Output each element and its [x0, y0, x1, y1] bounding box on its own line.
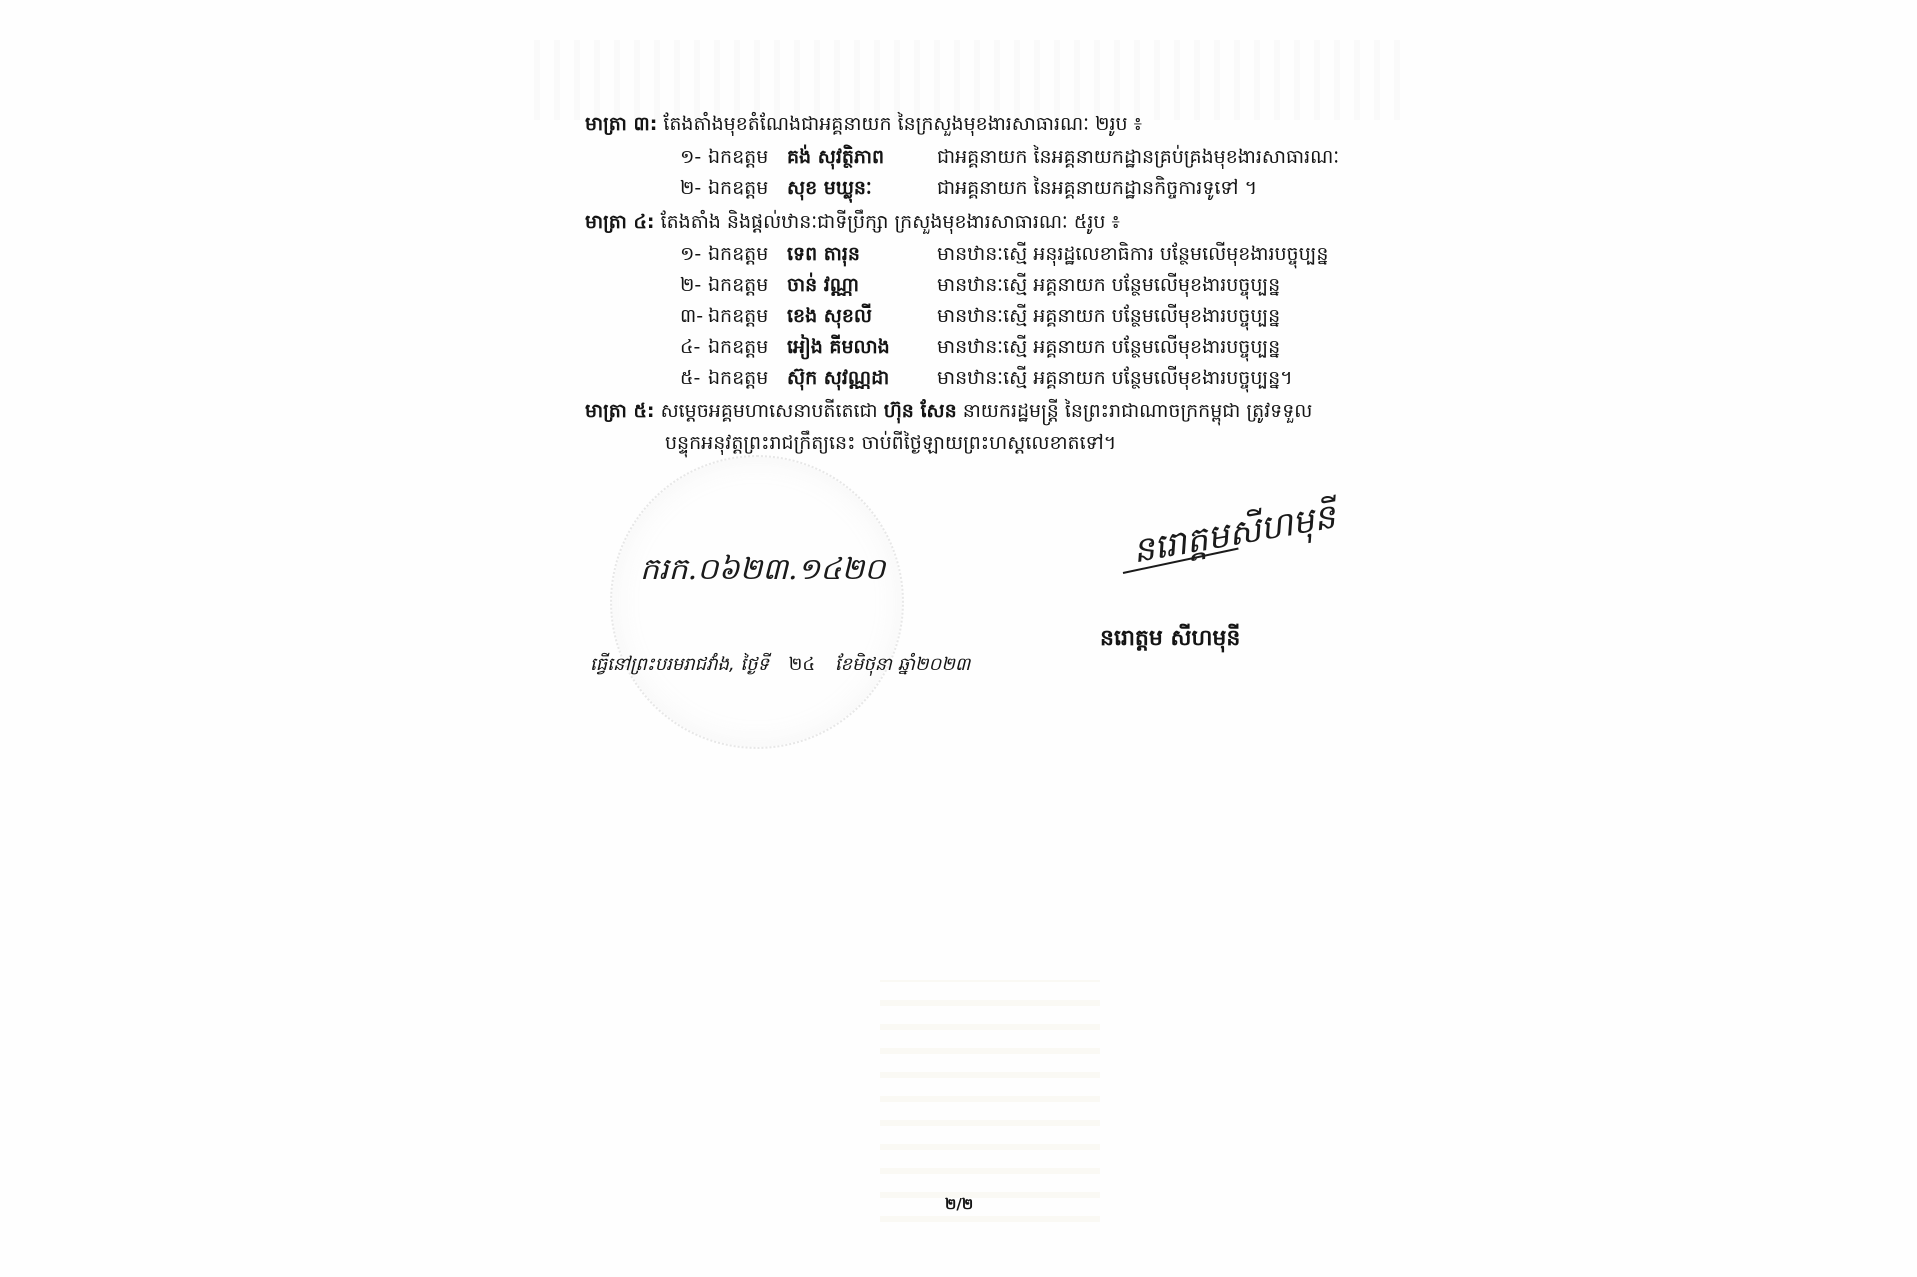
- registration-number: ករក.០៦២៣.១៤២០: [640, 550, 885, 594]
- article-3-heading: មាត្រា ៣: តែងតាំងមុខតំណែងជាអគ្គនាយក នៃក្…: [585, 112, 1142, 136]
- row-number: ១-: [680, 145, 701, 173]
- row-description: មានឋានៈស្មើ អគ្គនាយក បន្ថែមលើមុខងារបច្ចុ…: [937, 366, 1293, 394]
- row-description: ជាអគ្គនាយក នៃអគ្គនាយកដ្ឋានកិច្ចការទូទៅ ។: [937, 176, 1257, 204]
- row-title: ឯកឧត្តម: [708, 242, 768, 270]
- page-number: ២/២: [945, 1195, 973, 1217]
- row-description: មានឋានៈស្មើ អគ្គនាយក បន្ថែមលើមុខងារបច្ចុ…: [937, 273, 1280, 301]
- row-title: ឯកឧត្តម: [708, 176, 768, 204]
- article-5-heading: មាត្រា ៥: សម្តេចអគ្គមហាសេនាបតីតេជោ ហ៊ុន …: [585, 399, 1312, 423]
- article-5-label: មាត្រា ៥:: [585, 400, 655, 422]
- article-3-text: តែងតាំងមុខតំណែងជាអគ្គនាយក នៃក្រសួងមុខងារ…: [663, 113, 1142, 135]
- row-number: ២-: [680, 273, 701, 301]
- article-4-text: តែងតាំង និងផ្តល់ឋានៈជាទីប្រឹក្សា ក្រសួងម…: [661, 211, 1120, 233]
- row-title: ឯកឧត្តម: [708, 145, 768, 173]
- row-description: ជាអគ្គនាយក នៃអគ្គនាយកដ្ឋានគ្រប់គ្រងមុខងា…: [937, 145, 1339, 173]
- article-4-label: មាត្រា ៤:: [585, 211, 655, 233]
- row-description: មានឋានៈស្មើ អគ្គនាយក បន្ថែមលើមុខងារបច្ចុ…: [937, 304, 1280, 332]
- row-title: ឯកឧត្តម: [708, 366, 768, 394]
- row-name: ខេង សុខលី: [787, 304, 872, 332]
- bleed-through-marks: [520, 40, 1400, 120]
- row-name: ចាន់ វណ្ណា: [787, 273, 859, 301]
- row-description: មានឋានៈស្មើ អនុរដ្ឋលេខាធិការ បន្ថែមលើមុខ…: [937, 242, 1328, 270]
- document-page: មាត្រា ៣: តែងតាំងមុខតំណែងជាអគ្គនាយក នៃក្…: [0, 0, 1917, 1277]
- article-4-row-3: ៣- ឯកឧត្តម ខេង សុខលី មានឋានៈស្មើ អគ្គនាយ…: [0, 304, 1917, 330]
- article-4-row-2: ២- ឯកឧត្តម ចាន់ វណ្ណា មានឋានៈស្មើ អគ្គនា…: [0, 273, 1917, 299]
- place-date-day: ២៤: [789, 654, 815, 675]
- place-date-line: ធ្វើនៅព្រះបរមរាជវាំង, ថ្ងៃទី ២៤ ខែមិថុនា…: [590, 653, 970, 677]
- royal-signature: នរោត្តមសីហមុនី: [1129, 495, 1340, 580]
- article-5-text-before: សម្តេចអគ្គមហាសេនាបតីតេជោ: [661, 400, 878, 422]
- place-date-month: ខែមិថុនា: [835, 654, 892, 675]
- row-name: សុខ មឃ្លុនៈ: [787, 176, 872, 204]
- article-4-row-1: ១- ឯកឧត្តម ទេព តារុន មានឋានៈស្មើ អនុរដ្ឋ…: [0, 242, 1917, 268]
- article-3-row-2: ២- ឯកឧត្តម សុខ មឃ្លុនៈ ជាអគ្គនាយក នៃអគ្គ…: [0, 176, 1917, 202]
- row-number: ៣-: [680, 304, 703, 332]
- row-description: មានឋានៈស្មើ អគ្គនាយក បន្ថែមលើមុខងារបច្ចុ…: [937, 335, 1280, 363]
- article-5-line-2: បន្ទុកអនុវត្តព្រះរាជក្រឹត្យនេះ ចាប់ពីថ្ង…: [665, 431, 1116, 455]
- row-name: ទេព តារុន: [787, 242, 860, 270]
- place-date-prefix: ធ្វើនៅព្រះបរមរាជវាំង, ថ្ងៃទី: [590, 654, 769, 675]
- row-name: ស៊ុក សុវណ្ណដា: [787, 366, 889, 394]
- row-title: ឯកឧត្តម: [708, 273, 768, 301]
- row-number: ៥-: [680, 366, 700, 394]
- article-3-label: មាត្រា ៣:: [585, 113, 657, 135]
- article-5-text-after: នាយករដ្ឋមន្ត្រី នៃព្រះរាជាណាចក្រកម្ពុជា …: [963, 400, 1313, 422]
- row-number: ៤-: [680, 335, 700, 363]
- article-3-row-1: ១- ឯកឧត្តម គង់ សុវត្ថិភាព ជាអគ្គនាយក នៃអ…: [0, 145, 1917, 171]
- row-name: អៀង គីមលាង: [787, 335, 890, 363]
- faint-seal-stamp: [610, 455, 904, 749]
- article-4-row-4: ៤- ឯកឧត្តម អៀង គីមលាង មានឋានៈស្មើ អគ្គនា…: [0, 335, 1917, 361]
- article-4-row-5: ៥- ឯកឧត្តម ស៊ុក សុវណ្ណដា មានឋានៈស្មើ អគ្…: [0, 366, 1917, 392]
- row-title: ឯកឧត្តម: [708, 335, 768, 363]
- row-name: គង់ សុវត្ថិភាព: [787, 145, 884, 173]
- row-number: ១-: [680, 242, 701, 270]
- place-date-year: ឆ្នាំ២០២៣: [898, 654, 971, 675]
- article-5-prime-minister-name: ហ៊ុន សែន: [884, 400, 957, 422]
- row-number: ២-: [680, 176, 701, 204]
- article-4-heading: មាត្រា ៤: តែងតាំង និងផ្តល់ឋានៈជាទីប្រឹក្…: [585, 210, 1120, 234]
- row-title: ឯកឧត្តម: [708, 304, 768, 332]
- signer-name: នរោត្តម សីហមុនី: [1100, 624, 1240, 656]
- bleed-through-marks-bottom: [880, 980, 1100, 1240]
